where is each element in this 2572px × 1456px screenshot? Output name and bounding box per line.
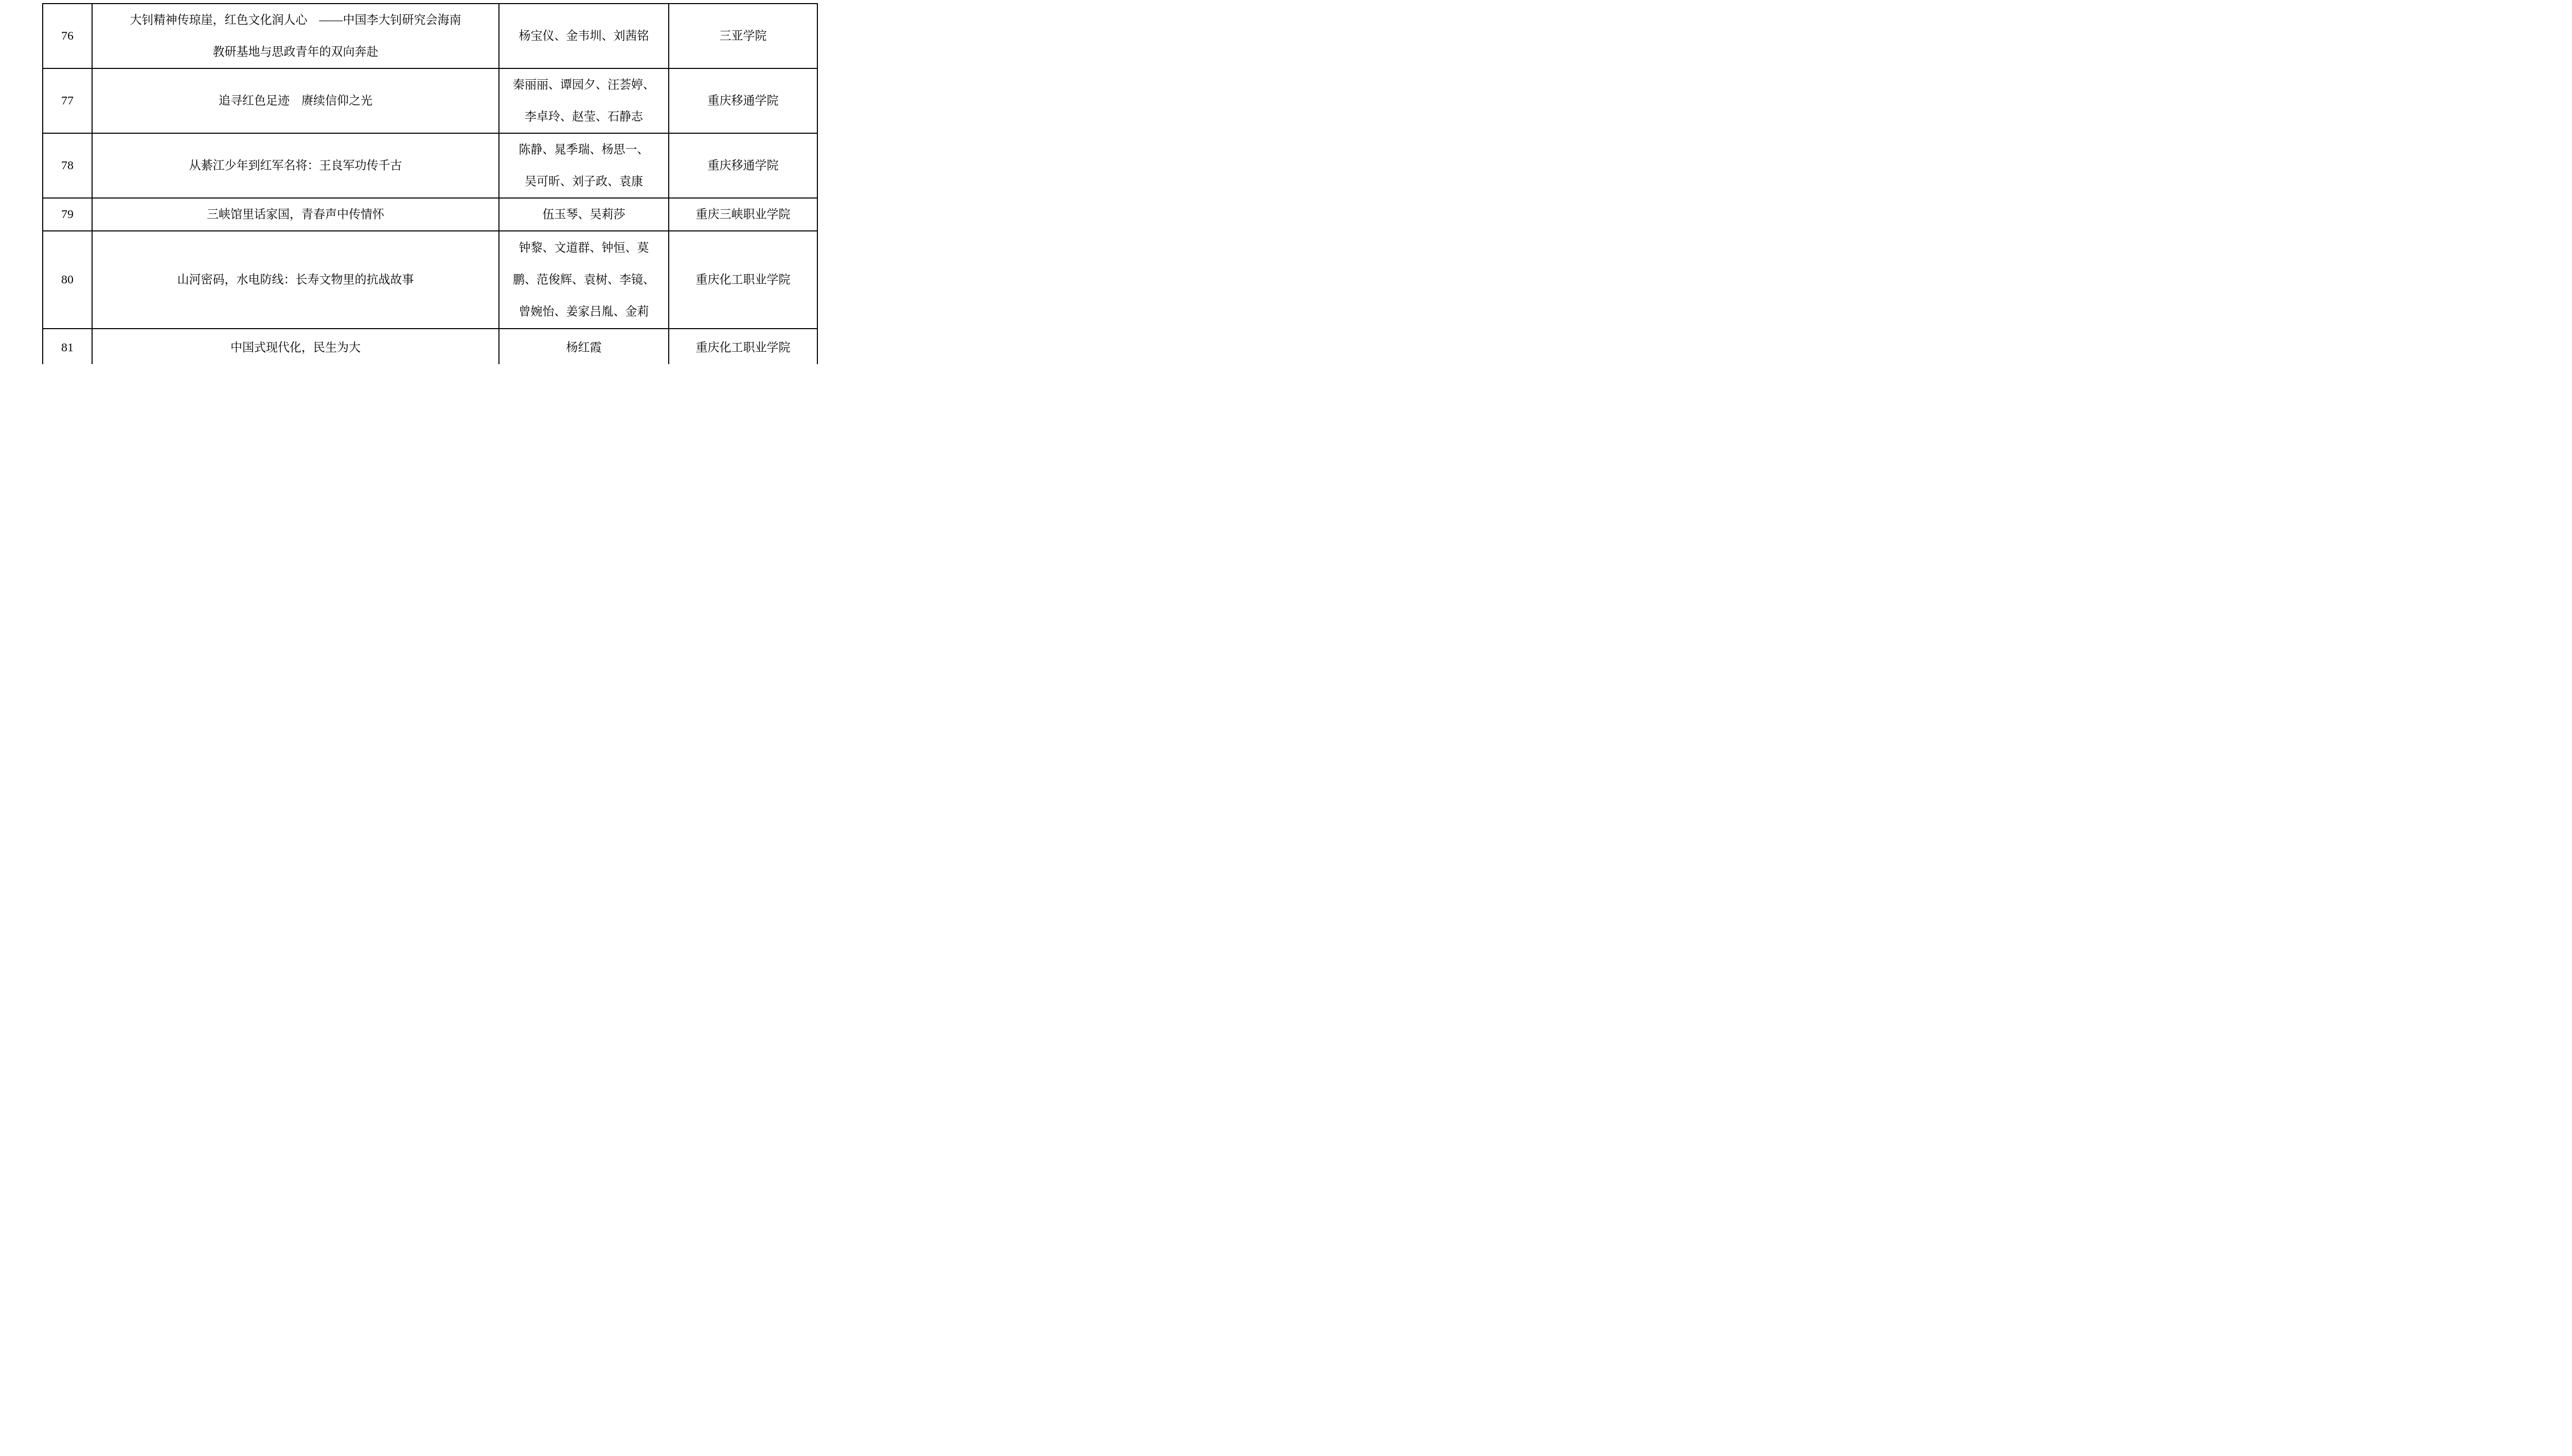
entry-number: 77: [61, 85, 74, 117]
entry-number-cell: 78: [43, 133, 92, 198]
entry-institution-cell: 重庆移通学院: [669, 133, 817, 198]
entry-authors: 秦丽丽、谭园夕、汪荟婷、 李卓玲、赵莹、石静志: [513, 69, 655, 133]
entry-title: 从綦江少年到红军名将：王良军功传千古: [189, 150, 402, 182]
entry-authors-cell: 钟黎、文道群、钟恒、莫 鹏、范俊辉、袁树、李镜、 曾婉怡、姜家吕胤、金莉: [499, 231, 669, 329]
entry-institution: 重庆化工职业学院: [696, 332, 791, 364]
table-row: 80 山河密码，水电防线：长寿文物里的抗战故事 钟黎、文道群、钟恒、莫 鹏、范俊…: [43, 231, 817, 329]
entry-title: 大钊精神传琼崖，红色文化润人心 ——中国李大钊研究会海南 教研基地与思政青年的双…: [130, 4, 461, 68]
entry-institution: 三亚学院: [720, 20, 767, 52]
award-table: 76 大钊精神传琼崖，红色文化润人心 ——中国李大钊研究会海南 教研基地与思政青…: [42, 3, 818, 364]
entry-institution-cell: 重庆移通学院: [669, 68, 817, 133]
entry-title-cell: 追寻红色足迹 赓续信仰之光: [92, 68, 499, 133]
entry-authors-cell: 秦丽丽、谭园夕、汪荟婷、 李卓玲、赵莹、石静志: [499, 68, 669, 133]
entry-institution-cell: 重庆化工职业学院: [669, 329, 817, 364]
entry-title-cell: 大钊精神传琼崖，红色文化润人心 ——中国李大钊研究会海南 教研基地与思政青年的双…: [92, 4, 499, 68]
entry-number-cell: 80: [43, 231, 92, 329]
entry-authors-cell: 伍玉琴、吴莉莎: [499, 198, 669, 231]
entry-title-cell: 从綦江少年到红军名将：王良军功传千古: [92, 133, 499, 198]
entry-number-cell: 76: [43, 4, 92, 68]
entry-authors-cell: 杨红霞: [499, 329, 669, 364]
entry-authors: 杨红霞: [566, 332, 602, 364]
entry-number-cell: 77: [43, 68, 92, 133]
entry-institution: 重庆移通学院: [708, 150, 779, 182]
entry-authors-cell: 陈静、晁季瑞、杨思一、 吴可昕、刘子政、袁康: [499, 133, 669, 198]
table-row: 76 大钊精神传琼崖，红色文化润人心 ——中国李大钊研究会海南 教研基地与思政青…: [43, 4, 817, 68]
entry-title-cell: 山河密码，水电防线：长寿文物里的抗战故事: [92, 231, 499, 329]
entry-institution: 重庆移通学院: [708, 85, 779, 117]
entry-number: 80: [61, 264, 74, 296]
table-row: 77 追寻红色足迹 赓续信仰之光 秦丽丽、谭园夕、汪荟婷、 李卓玲、赵莹、石静志…: [43, 68, 817, 133]
table-row: 79 三峡馆里话家国，青春声中传情怀 伍玉琴、吴莉莎 重庆三峡职业学院: [43, 198, 817, 231]
entry-institution-cell: 重庆化工职业学院: [669, 231, 817, 329]
entry-authors: 伍玉琴、吴莉莎: [543, 199, 626, 230]
entry-title: 三峡馆里话家国，青春声中传情怀: [207, 199, 384, 230]
entry-institution: 重庆三峡职业学院: [696, 199, 791, 230]
table-body: 76 大钊精神传琼崖，红色文化润人心 ——中国李大钊研究会海南 教研基地与思政青…: [43, 4, 817, 364]
entry-number: 76: [61, 20, 74, 52]
entry-authors: 陈静、晁季瑞、杨思一、 吴可昕、刘子政、袁康: [519, 134, 649, 197]
table-row: 81 中国式现代化，民生为大 杨红霞 重庆化工职业学院: [43, 329, 817, 364]
entry-number: 79: [61, 199, 74, 230]
entry-title-cell: 中国式现代化，民生为大: [92, 329, 499, 364]
entry-institution: 重庆化工职业学院: [696, 264, 791, 296]
entry-title: 追寻红色足迹 赓续信仰之光: [219, 85, 372, 117]
entry-number: 81: [61, 332, 74, 364]
entry-number-cell: 81: [43, 329, 92, 364]
document-page: 76 大钊精神传琼崖，红色文化润人心 ——中国李大钊研究会海南 教研基地与思政青…: [0, 0, 866, 364]
entry-institution-cell: 重庆三峡职业学院: [669, 198, 817, 231]
entry-institution-cell: 三亚学院: [669, 4, 817, 68]
entry-authors: 钟黎、文道群、钟恒、莫 鹏、范俊辉、袁树、李镜、 曾婉怡、姜家吕胤、金莉: [513, 232, 655, 328]
entry-number-cell: 79: [43, 198, 92, 231]
table-row: 78 从綦江少年到红军名将：王良军功传千古 陈静、晁季瑞、杨思一、 吴可昕、刘子…: [43, 133, 817, 198]
entry-number: 78: [61, 150, 74, 182]
entry-title-cell: 三峡馆里话家国，青春声中传情怀: [92, 198, 499, 231]
entry-authors-cell: 杨宝仪、金韦圳、刘茜铭: [499, 4, 669, 68]
entry-title: 中国式现代化，民生为大: [230, 332, 361, 364]
entry-authors: 杨宝仪、金韦圳、刘茜铭: [519, 20, 649, 52]
entry-title: 山河密码，水电防线：长寿文物里的抗战故事: [177, 264, 414, 296]
